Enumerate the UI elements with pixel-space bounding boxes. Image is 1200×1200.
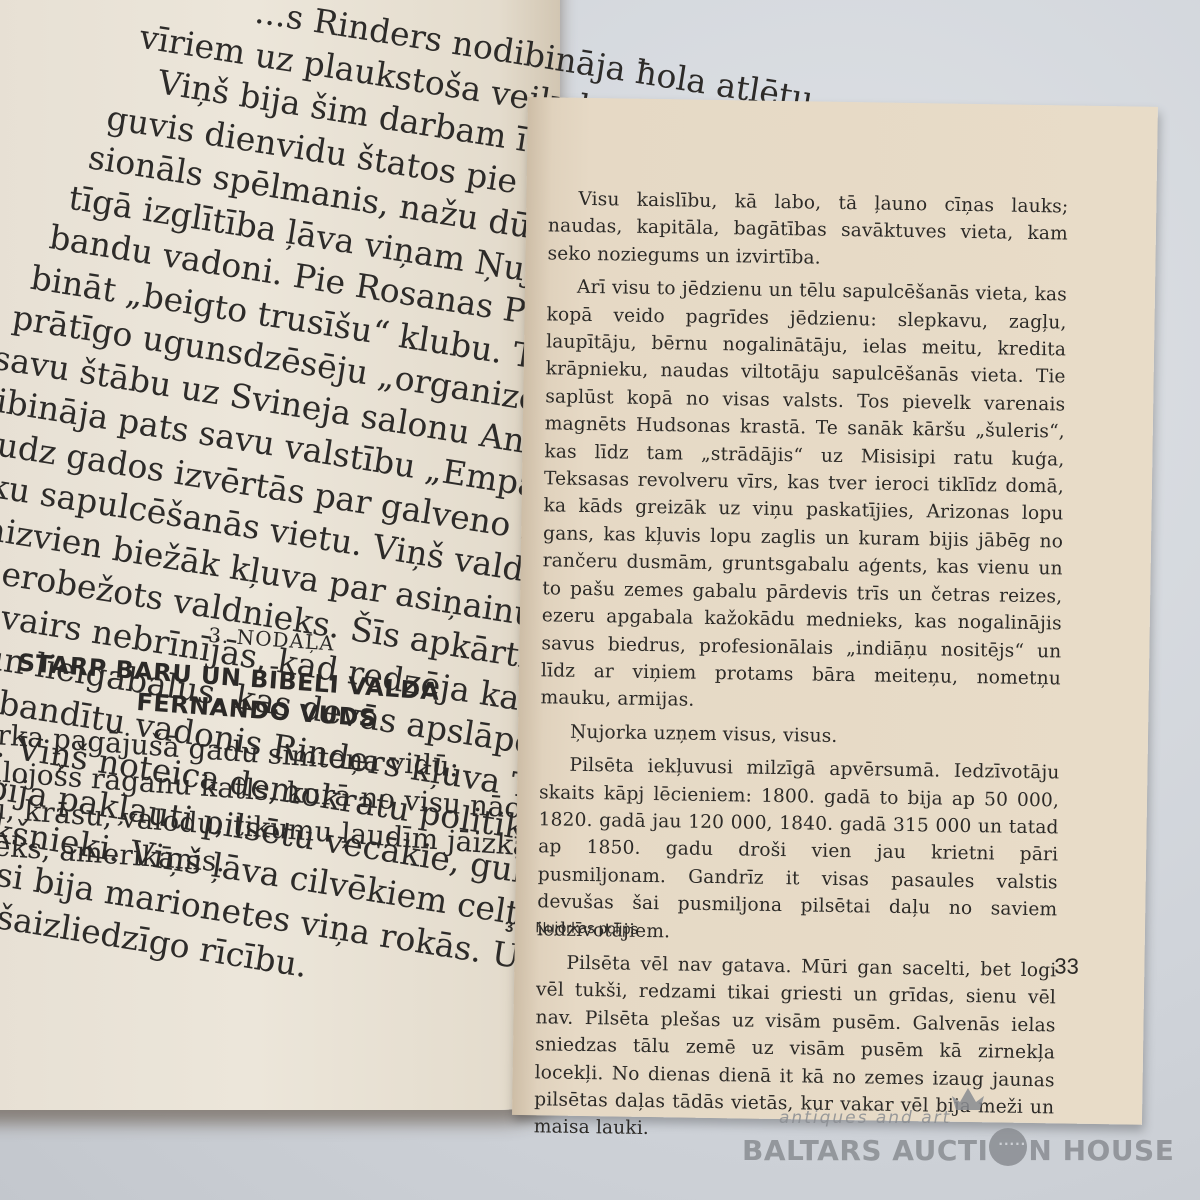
paragraph: Visu kaislību, kā labo, tā ļauno cīņas l… [547, 185, 1068, 275]
watermark-circle-icon [989, 1128, 1027, 1166]
running-footer: 3 Ņujorkas polips [505, 919, 638, 938]
book-title: Ņujorkas polips [535, 919, 638, 938]
signature-number: 3 [505, 919, 514, 936]
right-page: Visu kaislību, kā labo, tā ļauno cīņas l… [512, 97, 1158, 1125]
crown-icon [950, 1088, 986, 1110]
left-page: ...s Rinders nodibināja ħola atlētu vīri… [0, 0, 560, 1110]
page-number: 33 [1054, 953, 1079, 979]
chapter-heading-block: 3. NODAĻA STARP BARU UN BĪBELI VALDA FER… [0, 608, 467, 896]
paragraph: Ņujorka uzņem visus, visus. [540, 718, 1060, 754]
chapter-body: Ņujorka pagājušā gadu simteņa vidū: Mutu… [0, 712, 459, 897]
watermark-name: BALTARS AUCTIN HOUSE [742, 1128, 1174, 1167]
watermark-logo: antiques and art BALTARS AUCTIN HOUSE [742, 1110, 1200, 1170]
watermark-name-part2: N HOUSE [1028, 1134, 1174, 1167]
paragraph: Arī visu to jēdzienu un tēlu sapulcēšanā… [540, 274, 1067, 721]
watermark-tagline: antiques and art [779, 1108, 951, 1128]
watermark-name-part1: BALTARS AUCTI [742, 1134, 988, 1167]
right-page-body: Visu kaislību, kā labo, tā ļauno cīņas l… [534, 185, 1069, 1155]
